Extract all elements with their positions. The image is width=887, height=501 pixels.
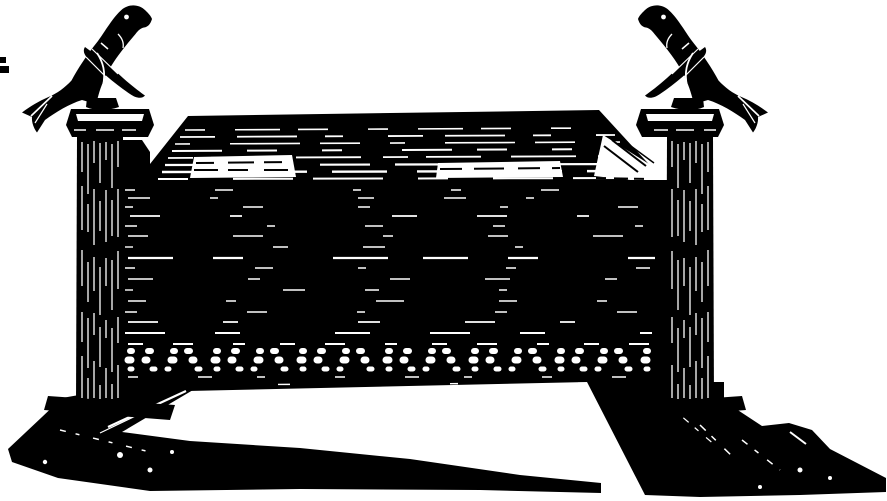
shadow-speck bbox=[758, 485, 762, 489]
shadow-speck bbox=[43, 460, 47, 464]
shadow-speck bbox=[148, 468, 153, 473]
chest-front-face bbox=[116, 180, 670, 393]
chest-front-left-fill bbox=[122, 140, 150, 183]
shadow-speck bbox=[798, 468, 803, 473]
engraving-svg: Black-and-white woodcut engraving of two… bbox=[0, 0, 887, 501]
hatch-line bbox=[196, 162, 294, 163]
scratch-line bbox=[596, 178, 650, 179]
shadow-speck bbox=[170, 450, 174, 454]
shadow-speck bbox=[117, 452, 123, 458]
ink-speck bbox=[0, 66, 9, 73]
engraving-figure: Black-and-white woodcut engraving of two… bbox=[0, 0, 887, 501]
shadow-speck bbox=[828, 476, 832, 480]
lid-highlight-patch bbox=[190, 155, 296, 178]
ink-speck bbox=[0, 57, 6, 63]
chest-lid bbox=[150, 110, 657, 188]
